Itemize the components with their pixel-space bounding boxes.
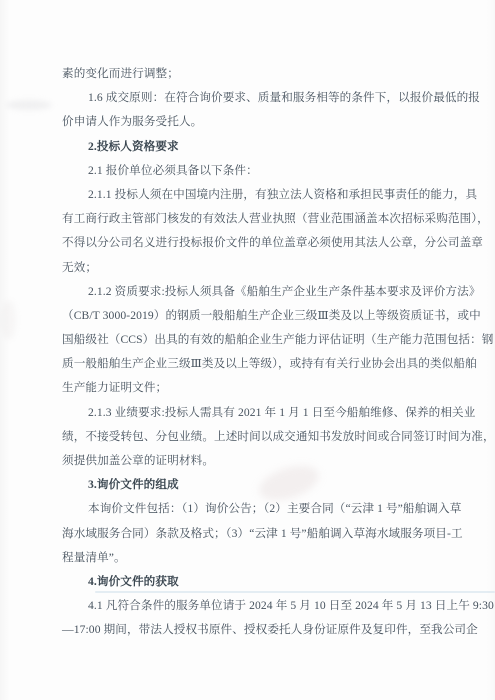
document-line: 2.1 报价单位必须具备以下条件： xyxy=(62,159,444,183)
document-line: 2.1.3 业绩要求:投标人需具有 2021 年 1 月 1 日至今船舶维修、保… xyxy=(62,401,444,425)
document-line: 1.6 成交原则：在符合询价要求、质量和服务相等的条件下，以报价最低的报 xyxy=(62,86,444,110)
document-line: 须提供加盖公章的证明材料。 xyxy=(62,449,444,473)
document-line: 国船级社（CCS）出具的有效的船舶企业生产能力评估证明（生产能力范围包括：钢 xyxy=(62,328,444,352)
document-line: 绩，不接受转包、分包业绩。上述时间以成交通知书发放时间或合同签订时间为准， xyxy=(62,425,444,449)
document-line: 有工商行政主管部门核发的有效法人营业执照（营业范围涵盖本次招标采购范围）， xyxy=(62,207,444,231)
document-line: —17:00 期间，带法人授权书原件、授权委托人身份证原件及复印件，至我公司企 xyxy=(62,618,444,642)
document-line: 质一般船舶生产企业三级Ⅲ类及以上等级），或持有有关行业协会出具的类似船舶 xyxy=(62,352,444,376)
document-body: 素的变化而进行调整；1.6 成交原则：在符合询价要求、质量和服务相等的条件下，以… xyxy=(62,62,444,643)
document-page: 素的变化而进行调整；1.6 成交原则：在符合询价要求、质量和服务相等的条件下，以… xyxy=(0,0,495,700)
document-line: 生产能力证明文件； xyxy=(62,376,444,400)
document-line: 不得以分公司名义进行投标报价文件的单位盖章必须使用其法人公章，分公司盖章 xyxy=(62,231,444,255)
section-heading: 3.询价文件的组成 xyxy=(62,473,444,497)
document-line: 2.1.1 投标人须在中国境内注册，有独立法人资格和承担民事责任的能力，具 xyxy=(62,183,444,207)
document-line: （CB/T 3000-2019）的钢质一般船舶生产企业三级Ⅲ类及以上等级资质证书… xyxy=(62,304,444,328)
scan-smudge xyxy=(6,100,52,110)
document-line: 价申请人作为服务受托人。 xyxy=(62,110,444,134)
section-heading: 2.投标人资格要求 xyxy=(62,135,444,159)
scan-smudge xyxy=(2,300,16,340)
document-line: 2.1.2 资质要求:投标人须具备《船舶生产企业生产条件基本要求及评价方法》 xyxy=(62,280,444,304)
scan-artifact-line xyxy=(95,591,495,593)
document-line: 素的变化而进行调整； xyxy=(62,62,444,86)
document-line: 本询价文件包括：（1）询价公告；（2）主要合同（“云津 1 号”船舶调入草 xyxy=(62,497,444,521)
document-line: 无效； xyxy=(62,256,444,280)
document-line: 程量清单”。 xyxy=(62,546,444,570)
document-line: 海水域服务合同）条款及格式；（3）“云津 1 号”船舶调入草海水域服务项目-工 xyxy=(62,522,444,546)
document-line: 4.1 凡符合条件的服务单位请于 2024 年 5 月 10 日至 2024 年… xyxy=(62,594,444,618)
